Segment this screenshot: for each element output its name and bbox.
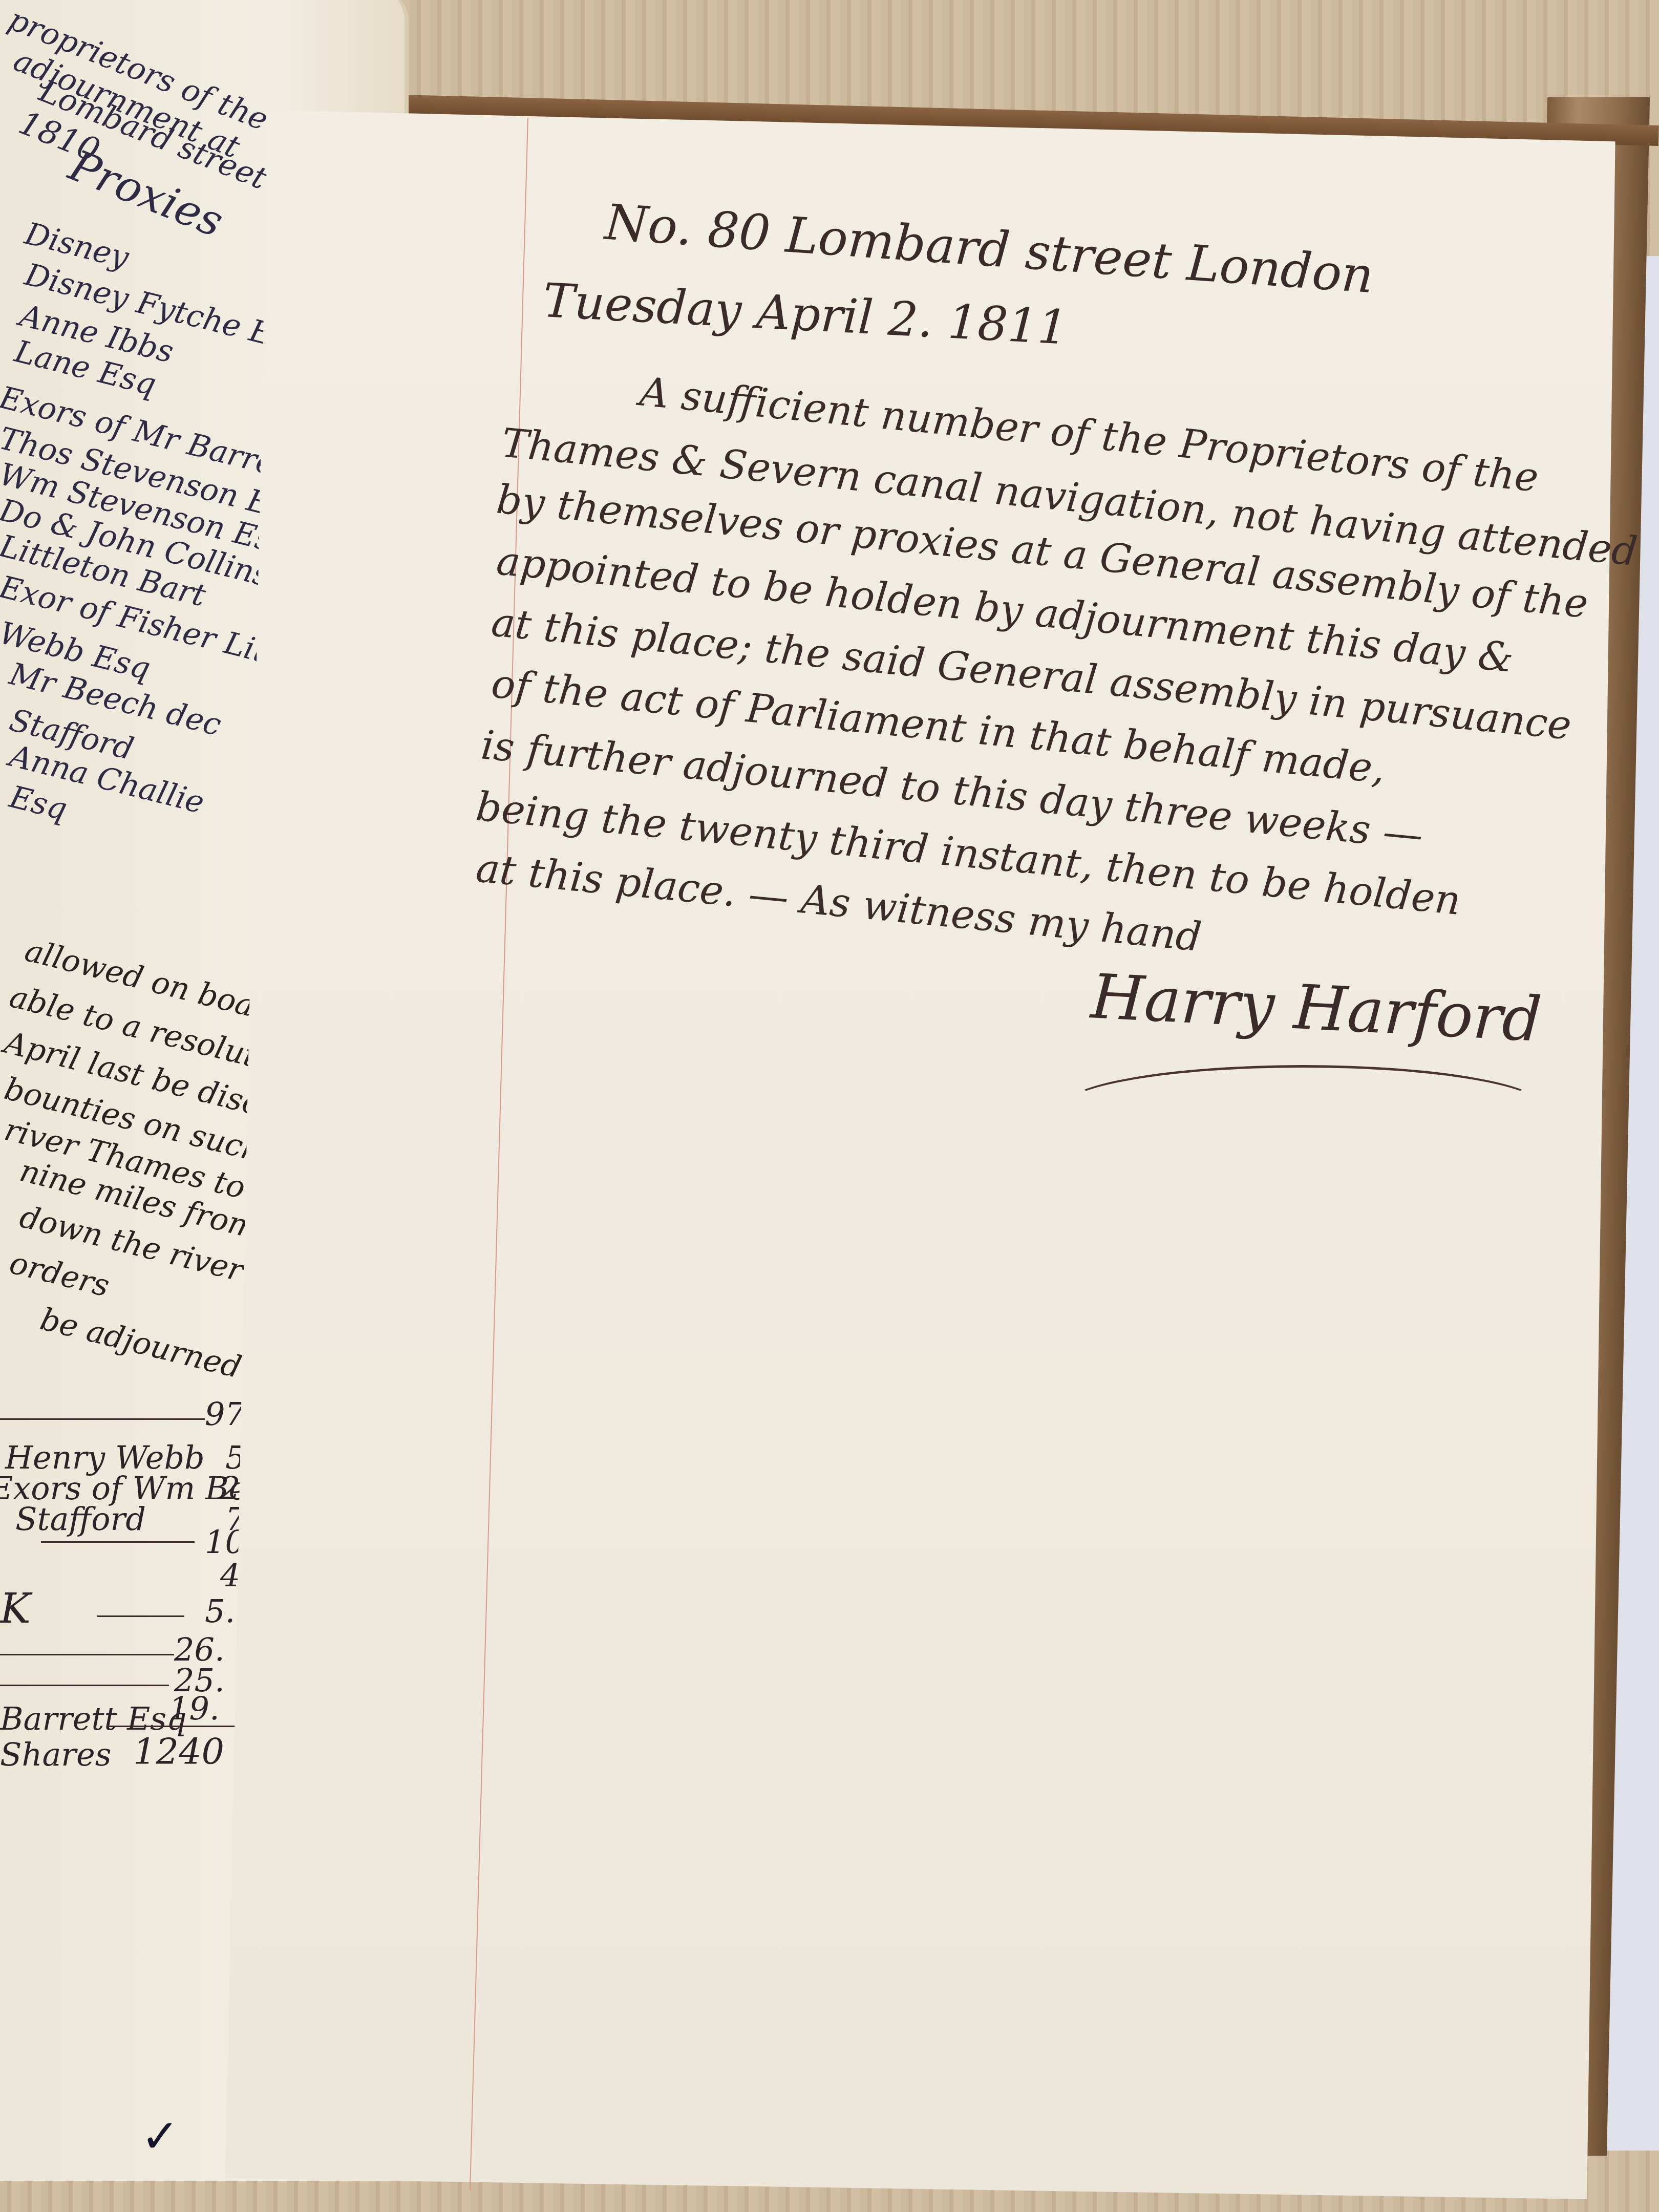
tally-rule (108, 1726, 236, 1727)
tally-label: K (0, 1585, 31, 1632)
tally-label: Stafford (15, 1500, 146, 1538)
check-mark-icon: ✓ (141, 2110, 179, 2163)
tally-label: Shares (0, 1736, 112, 1773)
tally-value: 5. (205, 1592, 235, 1630)
tally-rule (0, 1654, 174, 1655)
resolution-line: be adjourned (37, 1301, 245, 1386)
signature-flourish (1060, 1065, 1546, 1152)
tally-rule (0, 1418, 205, 1420)
tally-total: 1240 (133, 1731, 224, 1773)
tally-rule (97, 1615, 184, 1617)
tally-rule (41, 1541, 195, 1543)
tally-value: 4 (220, 1557, 240, 1594)
tally-value: 19. (169, 1690, 220, 1727)
tally-rule (0, 1685, 169, 1686)
